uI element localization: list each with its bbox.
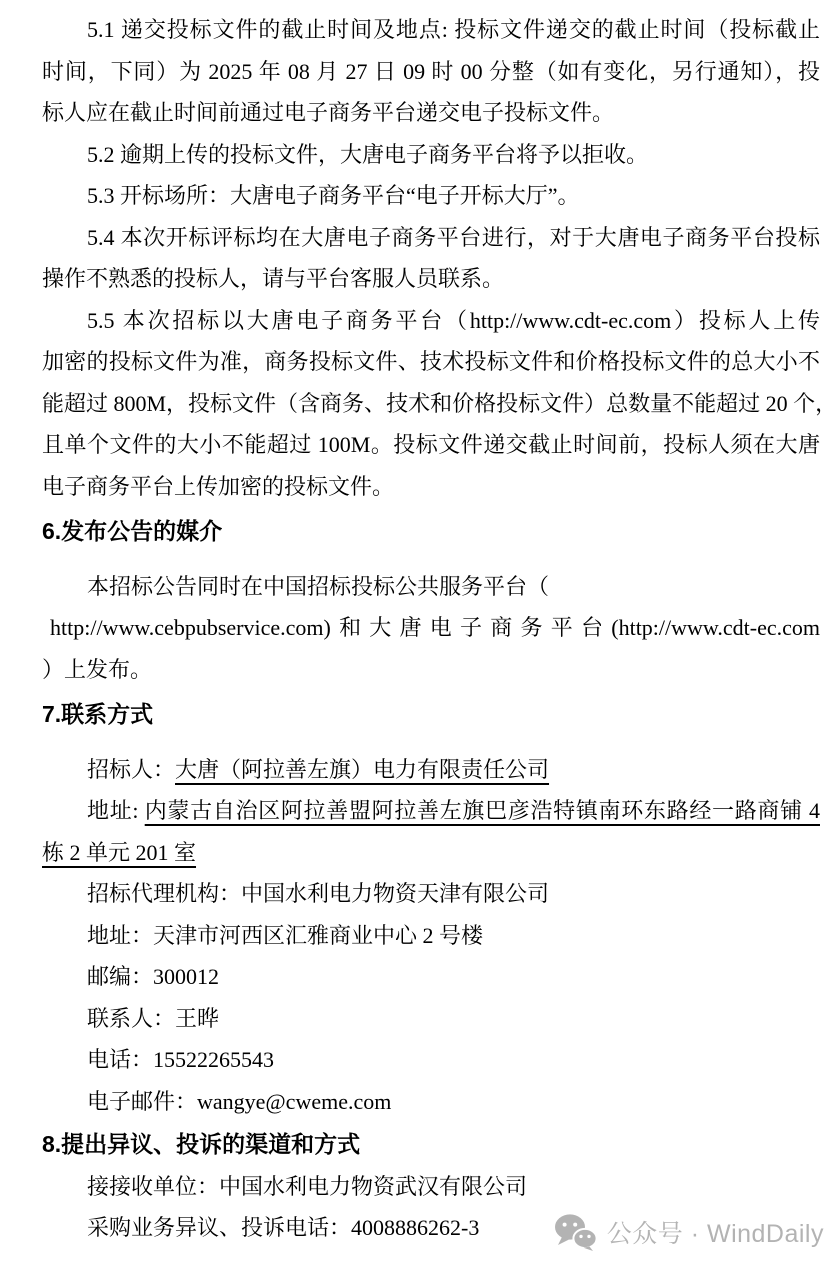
text-run: 电话：15522265543 [87,1047,274,1072]
document-line: http://www.cebpubservice.com)和大唐电子商务平台(h… [42,607,820,649]
underlined-text: 内蒙古自治区阿拉善盟阿拉善左旗巴彦浩特镇南环东路经一路商铺 4 [145,798,820,823]
text-run: 地址: [87,798,145,823]
text-run: 时间，下同）为 2025 年 08 月 27 日 09 时 00 分整（如有变化… [42,59,820,84]
text-run: 5.3 开标场所：大唐电子商务平台“电子开标大厅”。 [87,183,580,208]
text-run: 电子商务平台上传加密的投标文件。 [42,474,394,499]
text-run: ）上发布。 [42,657,152,682]
document-line: 招标人：大唐（阿拉善左旗）电力有限责任公司 [42,749,820,791]
document-line: 电子邮件：wangye@cweme.com [42,1081,820,1123]
document-line: 联系人：王晔 [42,998,820,1040]
text-run: 采购业务异议、投诉电话：4008886262-3 [87,1215,479,1240]
section-heading-6: 6.发布公告的媒介 [42,511,820,553]
text-run: 能超过 800M，投标文件（含商务、技术和价格投标文件）总数量不能超过 20 个… [42,391,837,416]
text-run: 5.4 本次开标评标均在大唐电子商务平台进行，对于大唐电子商务平台投标 [87,225,820,250]
text-run: 6.发布公告的媒介 [42,518,222,544]
text-run: http://www.cebpubservice.com)和大唐电子商务平台(h… [50,615,820,640]
document-line: 标人应在截止时间前通过电子商务平台递交电子投标文件。 [42,92,820,134]
document-line: 5.2 逾期上传的投标文件，大唐电子商务平台将予以拒收。 [42,134,820,176]
text-run: 联系人：王晔 [87,1006,219,1031]
text-run: 接接收单位：中国水利电力物资武汉有限公司 [87,1174,527,1199]
text-run: 加密的投标文件为准，商务投标文件、技术投标文件和价格投标文件的总大小不 [42,349,820,374]
document-line: 操作不熟悉的投标人，请与平台客服人员联系。 [42,258,820,300]
document-line: 5.4 本次开标评标均在大唐电子商务平台进行，对于大唐电子商务平台投标 [42,217,820,259]
document-line: 邮编：300012 [42,956,820,998]
text-run: 7.联系方式 [42,701,153,727]
text-run: 8.提出异议、投诉的渠道和方式 [42,1131,360,1157]
text-run: 且单个文件的大小不能超过 100M。投标文件递交截止时间前，投标人须在大唐 [42,432,820,457]
text-run: 5.5 本次招标以大唐电子商务平台（http://www.cdt-ec.com）… [87,308,820,333]
underlined-text: 栋 2 单元 201 室 [42,840,196,865]
text-run: 招标代理机构：中国水利电力物资天津有限公司 [87,881,549,906]
document-line: 栋 2 单元 201 室 [42,832,820,874]
document-line: 接接收单位：中国水利电力物资武汉有限公司 [42,1166,820,1208]
text-run: 地址：天津市河西区汇雅商业中心 2 号楼 [87,923,483,948]
wechat-icon [554,1213,598,1251]
text-run: 邮编：300012 [87,964,219,989]
document-line: ）上发布。 [42,649,820,691]
text-run: 操作不熟悉的投标人，请与平台客服人员联系。 [42,266,504,291]
document-page: 5.1 递交投标文件的截止时间及地点: 投标文件递交的截止时间（投标截止时间，下… [0,0,840,1264]
document-content: 5.1 递交投标文件的截止时间及地点: 投标文件递交的截止时间（投标截止时间，下… [42,9,820,1249]
document-line: 电话：15522265543 [42,1039,820,1081]
document-line: 5.1 递交投标文件的截止时间及地点: 投标文件递交的截止时间（投标截止 [42,9,820,51]
document-line: 电子商务平台上传加密的投标文件。 [42,466,820,508]
text-run: 标人应在截止时间前通过电子商务平台递交电子投标文件。 [42,100,614,125]
text-run: 电子邮件：wangye@cweme.com [87,1089,391,1114]
document-line: 地址：天津市河西区汇雅商业中心 2 号楼 [42,915,820,957]
document-line: 5.3 开标场所：大唐电子商务平台“电子开标大厅”。 [42,175,820,217]
underlined-text: 大唐（阿拉善左旗）电力有限责任公司 [175,757,549,782]
document-line: 本招标公告同时在中国招标投标公共服务平台（ [42,566,820,608]
text-run: 本招标公告同时在中国招标投标公共服务平台（ [87,574,549,599]
document-line: 5.5 本次招标以大唐电子商务平台（http://www.cdt-ec.com）… [42,300,820,342]
document-line: 加密的投标文件为准，商务投标文件、技术投标文件和价格投标文件的总大小不 [42,341,820,383]
text-run: 5.2 逾期上传的投标文件，大唐电子商务平台将予以拒收。 [87,142,648,167]
section-heading-7: 7.联系方式 [42,694,820,736]
document-line: 地址: 内蒙古自治区阿拉善盟阿拉善左旗巴彦浩特镇南环东路经一路商铺 4 [42,790,820,832]
text-run: 招标人： [87,757,175,782]
document-line: 招标代理机构：中国水利电力物资天津有限公司 [42,873,820,915]
wechat-watermark: 公众号 · WindDaily [554,1213,824,1251]
section-heading-8: 8.提出异议、投诉的渠道和方式 [42,1124,820,1166]
document-line: 时间，下同）为 2025 年 08 月 27 日 09 时 00 分整（如有变化… [42,51,820,93]
watermark-label: 公众号 · WindDaily [607,1214,824,1250]
text-run: 5.1 递交投标文件的截止时间及地点: 投标文件递交的截止时间（投标截止 [87,17,820,42]
document-line: 且单个文件的大小不能超过 100M。投标文件递交截止时间前，投标人须在大唐 [42,424,820,466]
document-line: 能超过 800M，投标文件（含商务、技术和价格投标文件）总数量不能超过 20 个… [42,383,820,425]
